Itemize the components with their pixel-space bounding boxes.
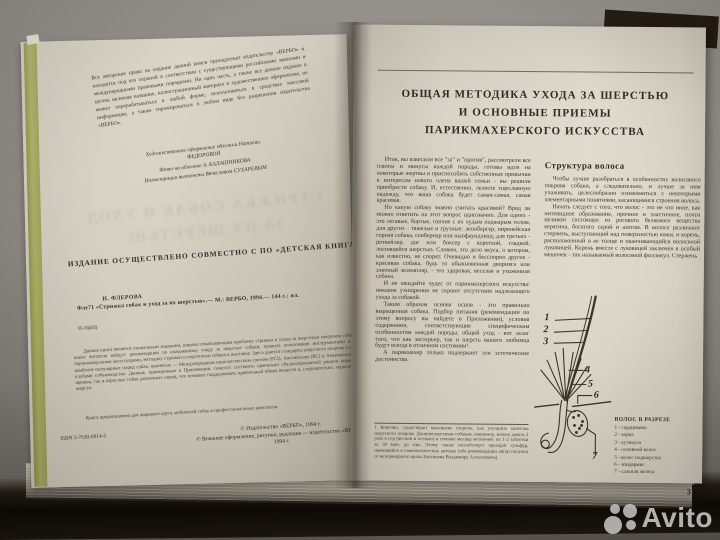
page-number: 3 — [687, 486, 691, 496]
figure-label-5: 5 — [588, 379, 593, 390]
hair-structure-figure: 1 2 3 4 5 6 7 ВОЛОС В РАЗРЕЗЕ 1 - сердце… — [530, 294, 702, 483]
isbn-number: ISBN 5-7630-0014-5 — [60, 433, 106, 442]
figure-label-2: 2 — [543, 324, 548, 335]
figure-label-1: 1 — [544, 312, 549, 323]
body-paragraph: Начать следует с того, что волос - это н… — [544, 204, 700, 261]
left-page: Все авторские права на издание данной кн… — [21, 34, 358, 488]
heading-line: ПАРИКМАХЕРСКОГО ИСКУССТВА — [371, 121, 699, 142]
body-paragraph: Но какую собаку можно считать красивой? … — [376, 205, 531, 282]
credits-block: Художественное оформление обложки Натали… — [138, 138, 271, 188]
body-paragraph: Чтобы лучше разобраться в особенностях в… — [544, 176, 700, 205]
page-corner — [26, 34, 39, 45]
figure-label-3: 3 — [543, 336, 548, 347]
text-column-left: Итак, вы взвесили все "за" и "против", р… — [375, 157, 531, 366]
text-column-right: Структура волоса Чтобы лучше разобраться… — [544, 158, 701, 260]
body-paragraph: Итак, вы взвесили все "за" и "против", р… — [376, 157, 530, 207]
bibliographic-block: Н. ФЛЕРОВА Фле71 «Стрижка собак и уход з… — [76, 280, 373, 331]
watermark-brand-text: Avito — [642, 504, 713, 532]
figure-caption: ВОЛОС В РАЗРЕЗЕ — [615, 417, 701, 424]
body-paragraph: И не ожидайте чудес от парикмахерского и… — [376, 281, 530, 303]
avito-watermark: Avito — [603, 501, 713, 535]
legend-item: 7 - сальная железа — [614, 469, 700, 477]
body-paragraph: Таким образом основа основ - это правиль… — [375, 302, 529, 352]
catalog-index: Н-16(03) — [78, 308, 374, 332]
left-page-content: Все авторские права на издание данной кн… — [67, 42, 350, 483]
heading-line: ОБЩАЯ МЕТОДИКА УХОДА ЗА ШЕРСТЬЮ — [371, 85, 699, 106]
annotation-audience: Книга предназначена для широкого круга л… — [76, 399, 374, 423]
publisher-copyrights: © Издательство «ВЕРБО», 1994 г. © Внешне… — [192, 419, 371, 453]
footnote-text: 1 Конечно, существуют маленькие секреты,… — [374, 423, 528, 462]
figure-legend: ВОЛОС В РАЗРЕЗЕ 1 - сердцевина 2 - корка… — [614, 417, 701, 478]
annotation-text: Данная книга является уникальным издание… — [73, 332, 373, 393]
section-subheading: Структура волоса — [545, 160, 701, 171]
chapter-heading: ОБЩАЯ МЕТОДИКА УХОДА ЗА ШЕРСТЬЮ И ОСНОВН… — [371, 85, 699, 142]
header-rule — [378, 70, 694, 74]
copyright-notice: Все авторские права на издание данной кн… — [91, 45, 312, 130]
figure-label-7: 7 — [592, 451, 597, 462]
right-page: ОБЩАЯ МЕТОДИКА УХОДА ЗА ШЕРСТЬЮ И ОСНОВН… — [350, 24, 706, 483]
figure-label-6: 6 — [594, 390, 599, 401]
body-paragraph: А парикмахер только подчеркнет эти эстет… — [375, 350, 529, 365]
figure-label-4: 4 — [585, 365, 590, 376]
right-page-content: ОБЩАЯ МЕТОДИКА УХОДА ЗА ШЕРСТЬЮ И ОСНОВН… — [350, 24, 706, 483]
endpaper-edge — [24, 43, 48, 487]
avito-logo-icon — [603, 501, 639, 535]
book-photo: Все авторские права на издание данной кн… — [0, 0, 720, 540]
